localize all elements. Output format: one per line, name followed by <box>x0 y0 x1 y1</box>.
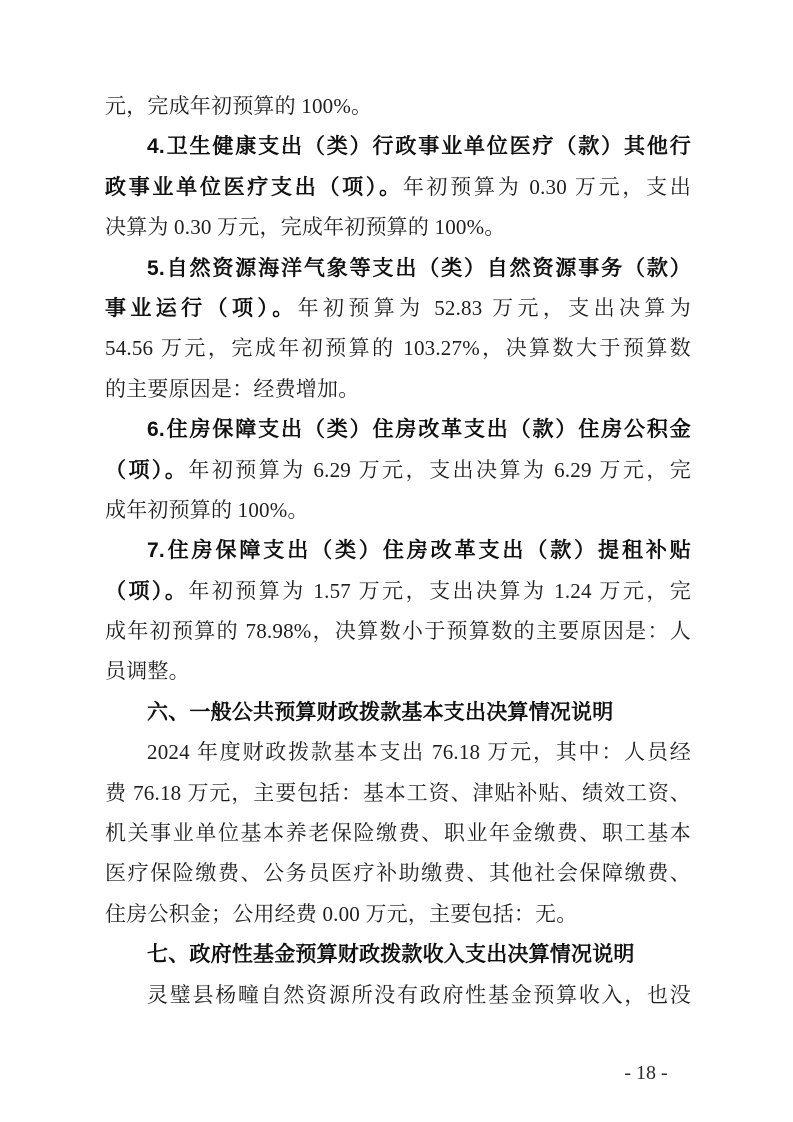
regular-text-segment: 灵璧县杨疃自然资源所没有政府性基金预算收入，也没 <box>147 983 691 1007</box>
text-line: 54.56 万元，完成年初预算的 103.27%，决算数大于预算数 <box>105 328 691 368</box>
bold-text-segment: （项）。 <box>105 580 188 603</box>
text-line: 员调整。 <box>105 651 691 691</box>
document-body: 元，完成年初预算的 100%。4.卫生健康支出（类）行政事业单位医疗（款）其他行… <box>105 86 691 1015</box>
document-page: 元，完成年初预算的 100%。4.卫生健康支出（类）行政事业单位医疗（款）其他行… <box>0 0 793 1122</box>
regular-text-segment: 员调整。 <box>105 659 190 683</box>
bold-text-segment: 7.住房保障支出（类）住房改革支出（款）提租补贴 <box>147 539 691 562</box>
bold-text-segment: （项）。 <box>105 459 188 482</box>
text-line: 6.住房保障支出（类）住房改革支出（款）住房公积金 <box>105 409 691 449</box>
regular-text-segment: 年初预算为 0.30 万元，支出 <box>403 175 691 199</box>
text-line: 2024 年度财政拨款基本支出 76.18 万元，其中：人员经 <box>105 732 691 772</box>
text-line: 4.卫生健康支出（类）行政事业单位医疗（款）其他行 <box>105 126 691 166</box>
regular-text-segment: 54.56 万元，完成年初预算的 103.27%，决算数大于预算数 <box>105 336 691 360</box>
text-line: 机关事业单位基本养老保险缴费、职业年金缴费、职工基本 <box>105 813 691 853</box>
regular-text-segment: 医疗保险缴费、公务员医疗补助缴费、其他社会保障缴费、 <box>105 861 691 885</box>
regular-text-segment: 决算为 0.30 万元，完成年初预算的 100%。 <box>105 215 506 239</box>
text-line: 灵璧县杨疃自然资源所没有政府性基金预算收入，也没 <box>105 975 691 1015</box>
regular-text-segment: 2024 年度财政拨款基本支出 76.18 万元，其中：人员经 <box>147 740 691 764</box>
text-line: 六、一般公共预算财政拨款基本支出决算情况说明 <box>105 692 691 732</box>
text-line: 7.住房保障支出（类）住房改革支出（款）提租补贴 <box>105 530 691 570</box>
regular-text-segment: 元，完成年初预算的 100%。 <box>105 94 372 118</box>
regular-text-segment: 年初预算为 52.83 万元，支出决算为 <box>298 296 691 320</box>
text-line: 费 76.18 万元，主要包括：基本工资、津贴补贴、绩效工资、 <box>105 773 691 813</box>
text-line: （项）。年初预算为 6.29 万元，支出决算为 6.29 万元，完 <box>105 450 691 490</box>
regular-text-segment: 机关事业单位基本养老保险缴费、职业年金缴费、职工基本 <box>105 821 691 845</box>
bold-text-segment: 4.卫生健康支出（类）行政事业单位医疗（款）其他行 <box>147 135 691 158</box>
text-line: 七、政府性基金预算财政拨款收入支出决算情况说明 <box>105 934 691 974</box>
text-line: 政事业单位医疗支出（项）。年初预算为 0.30 万元，支出 <box>105 167 691 207</box>
regular-text-segment: 住房公积金；公用经费 0.00 万元，主要包括：无。 <box>105 902 577 926</box>
bold-text-segment: 5.自然资源海洋气象等支出（类）自然资源事务（款） <box>147 257 691 280</box>
regular-text-segment: 费 76.18 万元，主要包括：基本工资、津贴补贴、绩效工资、 <box>105 781 691 805</box>
text-line: 成年初预算的 100%。 <box>105 490 691 530</box>
text-line: 决算为 0.30 万元，完成年初预算的 100%。 <box>105 207 691 247</box>
regular-text-segment: 年初预算为 1.57 万元，支出决算为 1.24 万元，完 <box>188 579 691 603</box>
text-line: 元，完成年初预算的 100%。 <box>105 86 691 126</box>
regular-text-segment: 成年初预算的 78.98%，决算数小于预算数的主要原因是：人 <box>105 619 691 643</box>
text-line: （项）。年初预算为 1.57 万元，支出决算为 1.24 万元，完 <box>105 571 691 611</box>
bold-text-segment: 六、一般公共预算财政拨款基本支出决算情况说明 <box>147 701 613 724</box>
bold-text-segment: 七、政府性基金预算财政拨款收入支出决算情况说明 <box>147 943 635 966</box>
regular-text-segment: 的主要原因是：经费增加。 <box>105 377 359 401</box>
bold-text-segment: 政事业单位医疗支出（项）。 <box>105 176 403 199</box>
page-number: - 18 - <box>610 1059 682 1087</box>
bold-text-segment: 事业运行（项）。 <box>105 297 298 320</box>
text-line: 的主要原因是：经费增加。 <box>105 369 691 409</box>
regular-text-segment: 成年初预算的 100%。 <box>105 498 309 522</box>
text-line: 5.自然资源海洋气象等支出（类）自然资源事务（款） <box>105 248 691 288</box>
regular-text-segment: 年初预算为 6.29 万元，支出决算为 6.29 万元，完 <box>188 458 691 482</box>
text-line: 事业运行（项）。年初预算为 52.83 万元，支出决算为 <box>105 288 691 328</box>
text-line: 住房公积金；公用经费 0.00 万元，主要包括：无。 <box>105 894 691 934</box>
bold-text-segment: 6.住房保障支出（类）住房改革支出（款）住房公积金 <box>147 418 691 441</box>
text-line: 成年初预算的 78.98%，决算数小于预算数的主要原因是：人 <box>105 611 691 651</box>
text-line: 医疗保险缴费、公务员医疗补助缴费、其他社会保障缴费、 <box>105 853 691 893</box>
